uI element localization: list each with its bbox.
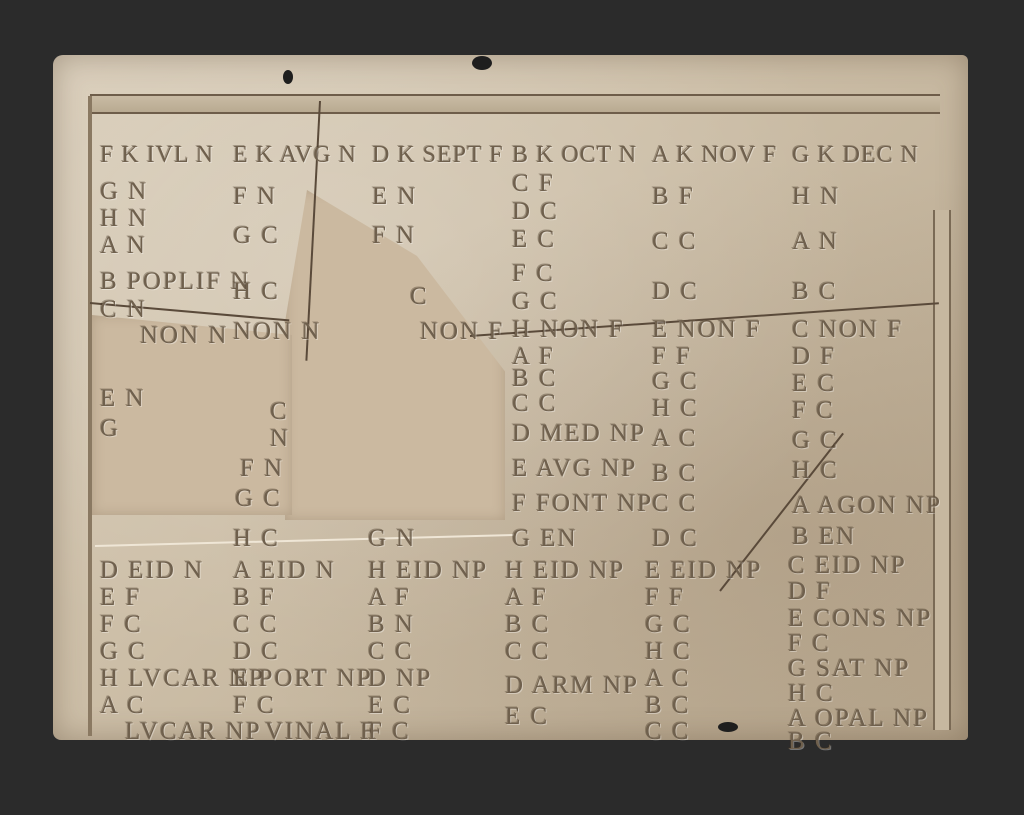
day-row: C C: [645, 718, 691, 746]
day-row: A EID N: [233, 557, 336, 585]
day-row: C F: [512, 170, 555, 198]
day-row: G C: [235, 485, 282, 513]
day-row: H N: [100, 205, 148, 233]
day-row: C N: [100, 296, 147, 324]
day-row: C C: [368, 638, 414, 666]
day-row: B C: [652, 460, 698, 488]
day-row: D ARM NP: [505, 672, 639, 700]
day-row: F C: [100, 611, 143, 639]
day-row: B C: [645, 692, 691, 720]
day-row: A N: [100, 232, 147, 260]
day-row: D F: [792, 343, 836, 371]
day-row: A AGON NP: [792, 492, 942, 520]
day-row: F C: [233, 692, 276, 720]
day-row: H EID NP: [368, 557, 488, 585]
day-row: E PORT NP: [233, 665, 373, 693]
day-row: G C: [652, 368, 699, 396]
day-row: H C: [788, 680, 835, 708]
day-row: F C: [368, 718, 411, 746]
day-row: E F: [100, 584, 141, 612]
day-row: C C: [505, 638, 551, 666]
day-row: F N: [240, 455, 284, 483]
day-row: G C: [512, 288, 559, 316]
day-row: B C: [788, 728, 834, 756]
day-row: F F: [652, 343, 692, 371]
day-row: B N: [368, 611, 415, 639]
day-row: D C: [652, 278, 699, 306]
day-row: H EID NP: [505, 557, 625, 585]
day-row: A C: [100, 692, 146, 720]
day-row: B F: [652, 183, 695, 211]
day-row: VINAL F: [265, 718, 376, 746]
day-row: H NON F: [512, 316, 625, 344]
day-row: D NP: [368, 665, 432, 693]
day-row: NON N: [140, 322, 228, 350]
day-row: C C: [652, 490, 698, 518]
day-row: F FONT NP: [512, 490, 653, 518]
month-header-august: E K AVG N: [233, 142, 357, 169]
day-row: C EID NP: [788, 552, 907, 580]
day-row: C: [410, 283, 429, 311]
day-row: A F: [368, 584, 411, 612]
day-row: G C: [100, 638, 147, 666]
day-row: F C: [788, 630, 831, 658]
day-row: D C: [512, 198, 559, 226]
day-row: C NON F: [792, 316, 903, 344]
day-row: F N: [233, 183, 277, 211]
day-row: G N: [100, 178, 148, 206]
day-row: G N: [368, 525, 416, 553]
day-row: E C: [792, 370, 836, 398]
day-row: H N: [792, 183, 840, 211]
day-row: B EN: [792, 523, 856, 551]
day-row: D MED NP: [512, 420, 646, 448]
day-row: G EN: [512, 525, 578, 553]
day-row: H C: [792, 457, 839, 485]
day-row: H C: [652, 395, 699, 423]
day-row: A N: [792, 228, 839, 256]
month-header-october: B K OCT N: [512, 142, 637, 169]
day-row: E NON F: [652, 316, 762, 344]
month-header-september: D K SEPT F: [372, 142, 504, 169]
day-row: LVCAR NP: [125, 718, 262, 746]
day-row: G SAT NP: [788, 655, 911, 683]
day-row: E C: [512, 226, 556, 254]
day-row: D EID N: [100, 557, 204, 585]
day-row: E C: [368, 692, 412, 720]
day-row: A C: [645, 665, 691, 693]
day-row: B POPLIF N: [100, 268, 251, 296]
day-row: D C: [652, 525, 699, 553]
day-row: C: [270, 398, 289, 426]
day-row: F F: [645, 584, 685, 612]
day-row: F N: [372, 222, 416, 250]
day-row: H C: [233, 278, 280, 306]
day-row: E N: [100, 385, 146, 413]
day-row: E CONS NP: [788, 605, 932, 633]
day-row: F C: [512, 260, 555, 288]
month-header-december: G K DEC N: [792, 142, 919, 169]
day-row: F C: [792, 397, 835, 425]
month-header-november: A K NOV F: [652, 142, 777, 169]
calendar-inscription: F K IVL N G N H N A N B POPLIF N C N NON…: [0, 0, 1024, 815]
day-row: H C: [233, 525, 280, 553]
day-row: G C: [792, 427, 839, 455]
day-row: E AVG NP: [512, 455, 637, 483]
day-row: B C: [505, 611, 551, 639]
day-row: D F: [788, 578, 832, 606]
day-row: B C: [512, 365, 558, 393]
day-row: G C: [233, 222, 280, 250]
day-row: C C: [652, 228, 698, 256]
day-row: N: [270, 425, 290, 453]
day-row: D C: [233, 638, 280, 666]
day-row: A C: [652, 425, 698, 453]
day-row: E N: [372, 183, 418, 211]
month-header-july: F K IVL N: [100, 142, 214, 169]
day-row: E C: [505, 703, 549, 731]
day-row: E EID NP: [645, 557, 762, 585]
day-row: G C: [645, 611, 692, 639]
day-row: B F: [233, 584, 276, 612]
day-row: A F: [505, 584, 548, 612]
day-row: NON F: [420, 318, 504, 346]
day-row: B C: [792, 278, 838, 306]
day-row: C C: [233, 611, 279, 639]
day-row: NON N: [233, 318, 321, 346]
day-row: C C: [512, 390, 558, 418]
day-row: G: [100, 415, 120, 443]
day-row: H C: [645, 638, 692, 666]
